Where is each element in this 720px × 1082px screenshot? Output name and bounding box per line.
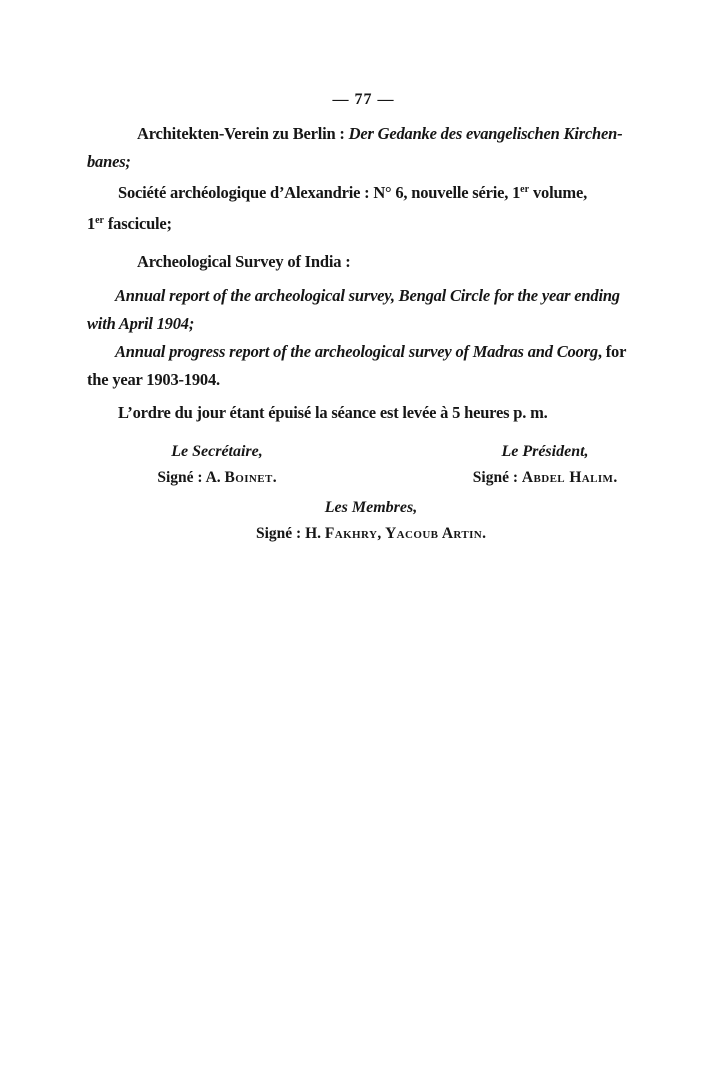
entry-societe-line1: Société archéologique d’Alexandrie : N° … bbox=[87, 176, 640, 207]
signed-suffix: . bbox=[613, 469, 617, 486]
signature-secretary-title: Le Secrétaire, bbox=[102, 439, 332, 465]
ordinal-superscript: er bbox=[95, 215, 104, 226]
ordinal-superscript: er bbox=[520, 184, 529, 195]
entry-societe-line2: 1er fascicule; bbox=[87, 207, 640, 238]
closing-statement: L’ordre du jour étant épuisé la séance e… bbox=[87, 399, 640, 427]
heading-archeological-survey: Archeological Survey of India : bbox=[87, 248, 640, 276]
signature-secretary-name: Boinet bbox=[225, 469, 273, 486]
text-block: — 77 — Architekten-Verein zu Berlin : De… bbox=[0, 0, 720, 547]
entry-madras-line2: the year 1903-1904. bbox=[87, 366, 640, 394]
scanned-document-page: — 77 — Architekten-Verein zu Berlin : De… bbox=[0, 0, 720, 1082]
entry-societe-text-tail: volume, bbox=[529, 183, 587, 202]
entry-madras-tail: , for bbox=[598, 342, 626, 361]
entry-madras-title: Annual progress report of the archeologi… bbox=[115, 342, 598, 361]
signature-members-name2: Yacoub Artin bbox=[385, 525, 482, 542]
entry-architekten-line2: banes; bbox=[87, 148, 640, 176]
signature-members-signed: Signé : H. Fakhry, Yacoub Artin. bbox=[102, 521, 640, 547]
entry-architekten-title: Der Gedanke des evangelischen Kirchen- bbox=[349, 124, 623, 143]
signed-suffix: . bbox=[273, 469, 277, 486]
signature-president-name: Abdel Halim bbox=[522, 469, 613, 486]
entry-societe-fascicule-num: 1 bbox=[87, 214, 95, 233]
signature-members: Les Membres, Signé : H. Fakhry, Yacoub A… bbox=[87, 495, 640, 547]
signed-suffix: . bbox=[482, 525, 486, 542]
signature-president: Le Président, Signé : Abdel Halim. bbox=[430, 439, 660, 491]
entry-societe-fascicule: fascicule; bbox=[104, 214, 172, 233]
signature-secretary: Le Secrétaire, Signé : A. Boinet. bbox=[102, 439, 332, 491]
signed-prefix: Signé : A. bbox=[157, 469, 224, 486]
signature-row: Le Secrétaire, Signé : A. Boinet. Le Pré… bbox=[87, 439, 640, 491]
entry-madras-line1: Annual progress report of the archeologi… bbox=[87, 338, 640, 366]
signed-prefix: Signé : bbox=[473, 469, 522, 486]
page-number: — 77 — bbox=[87, 86, 640, 114]
entry-societe-text: Société archéologique d’Alexandrie : N° … bbox=[118, 183, 520, 202]
entry-bengal-line2: with April 1904; bbox=[87, 310, 640, 338]
signature-secretary-signed: Signé : A. Boinet. bbox=[102, 465, 332, 491]
entry-architekten-society: Architekten-Verein zu Berlin : bbox=[137, 124, 349, 143]
signed-separator: , bbox=[377, 525, 385, 542]
signed-prefix: Signé : H. bbox=[256, 525, 325, 542]
entry-architekten-line1: Architekten-Verein zu Berlin : Der Gedan… bbox=[87, 120, 640, 148]
signature-members-name1: Fakhry bbox=[325, 525, 377, 542]
entry-bengal-line1: Annual report of the archeological surve… bbox=[87, 282, 640, 310]
signature-president-title: Le Président, bbox=[430, 439, 660, 465]
signature-president-signed: Signé : Abdel Halim. bbox=[430, 465, 660, 491]
signature-members-title: Les Membres, bbox=[102, 495, 640, 521]
